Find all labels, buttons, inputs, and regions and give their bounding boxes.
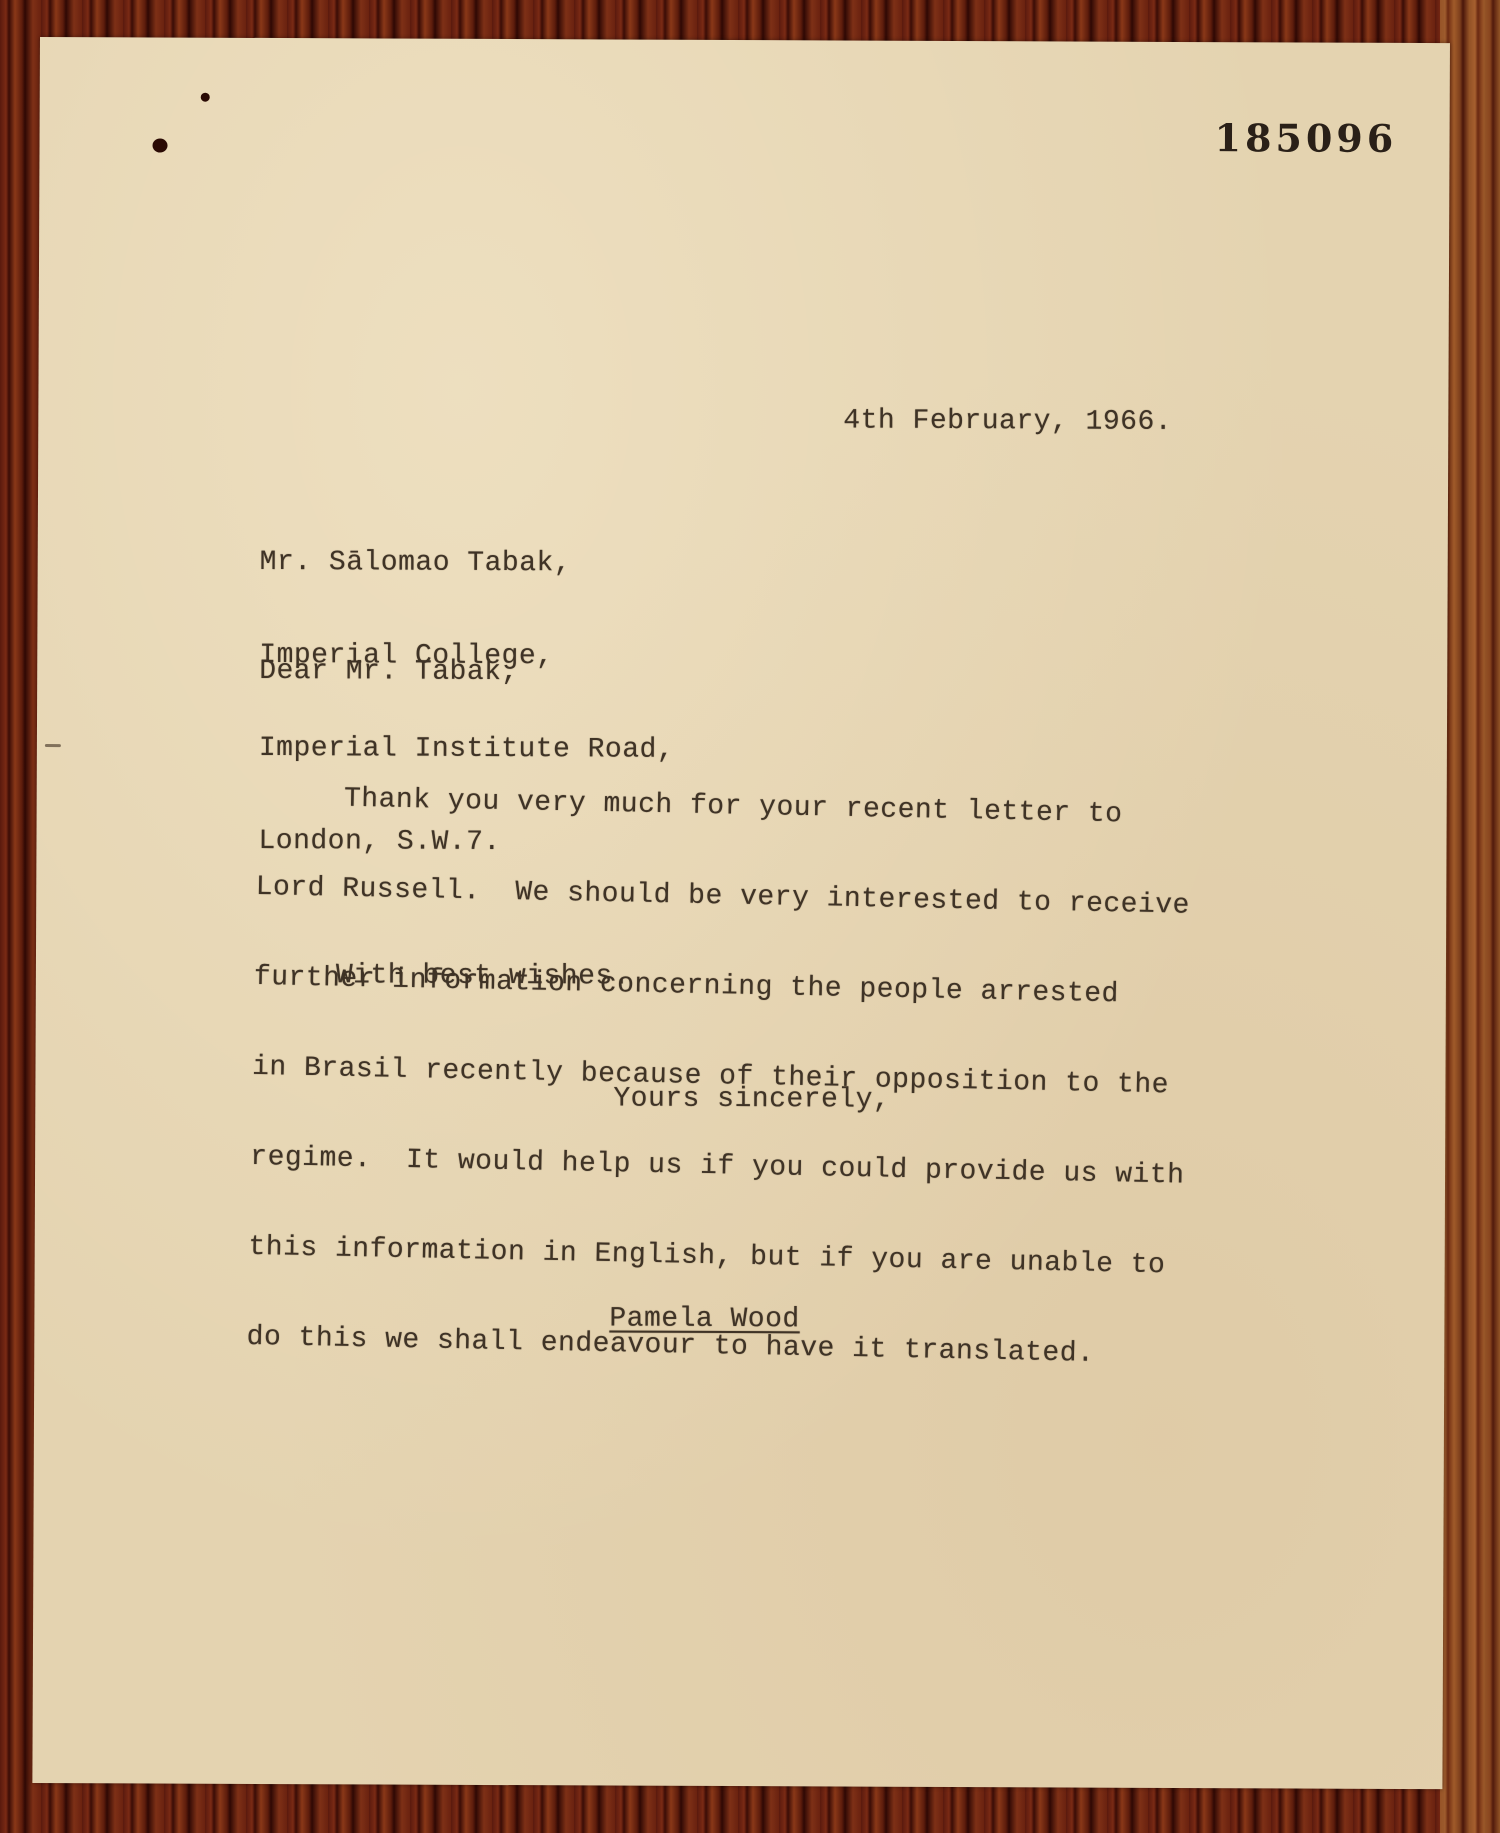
body-line: Thank you very much for your recent lett…: [257, 783, 1192, 832]
address-line-name: Mr. Sālomao Tabak,: [260, 547, 675, 580]
letter-page: 185096 4th February, 1966. Mr. Sālomao T…: [32, 37, 1450, 1789]
body-line: Lord Russell. We should be very interest…: [255, 873, 1190, 922]
body-line: regime. It would help us if you could pr…: [250, 1143, 1185, 1192]
signature-name: Pamela Wood: [609, 1303, 799, 1335]
body-line: this information in English, but if you …: [248, 1233, 1183, 1282]
document-reference-number: 185096: [1214, 115, 1397, 161]
wood-surface-right: [1440, 0, 1500, 1833]
punch-hole-large: [152, 138, 167, 152]
closing-wish: With best wishes.: [336, 960, 630, 992]
margin-mark: [45, 744, 61, 747]
punch-hole-small: [201, 93, 210, 102]
salutation: Dear Mr. Tabak,: [259, 656, 519, 688]
valediction: Yours sincerely,: [613, 1084, 890, 1116]
letter-date: 4th February, 1966.: [843, 406, 1172, 438]
